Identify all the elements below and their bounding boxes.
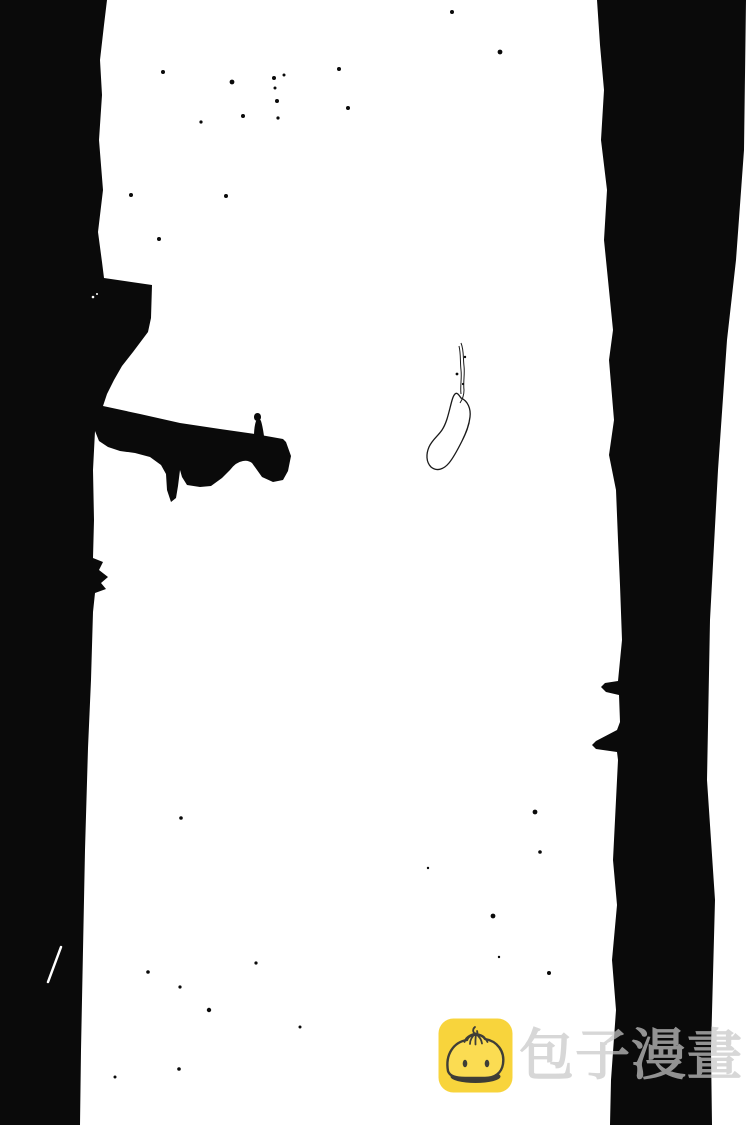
speck <box>450 10 454 14</box>
speck <box>207 1008 211 1012</box>
speck <box>161 70 165 74</box>
speck <box>498 956 500 958</box>
speck <box>224 194 228 198</box>
speck <box>533 810 538 815</box>
speck <box>178 985 181 988</box>
speck <box>129 193 133 197</box>
speck <box>179 816 183 820</box>
speck <box>114 1076 117 1079</box>
speck <box>498 50 503 55</box>
speck <box>199 120 202 123</box>
speck <box>177 1067 181 1071</box>
speck <box>456 373 459 376</box>
speck <box>346 106 350 110</box>
speck <box>96 293 98 295</box>
speck <box>299 1026 302 1029</box>
speck <box>538 850 542 854</box>
speck <box>337 67 341 71</box>
speck <box>157 237 161 241</box>
manga-page: 包子漫畫 <box>0 0 748 1125</box>
speck <box>272 76 276 80</box>
speck <box>427 867 429 869</box>
speck <box>275 99 279 103</box>
speck <box>276 116 279 119</box>
speck <box>491 914 496 919</box>
speck <box>146 970 150 974</box>
speck <box>241 114 245 118</box>
speck <box>230 80 235 85</box>
speck <box>464 356 466 358</box>
speck <box>274 87 277 90</box>
speck <box>547 971 551 975</box>
speck <box>92 296 95 299</box>
speck <box>462 383 464 385</box>
speck <box>283 74 286 77</box>
manga-artwork <box>0 0 748 1125</box>
speck <box>254 961 257 964</box>
